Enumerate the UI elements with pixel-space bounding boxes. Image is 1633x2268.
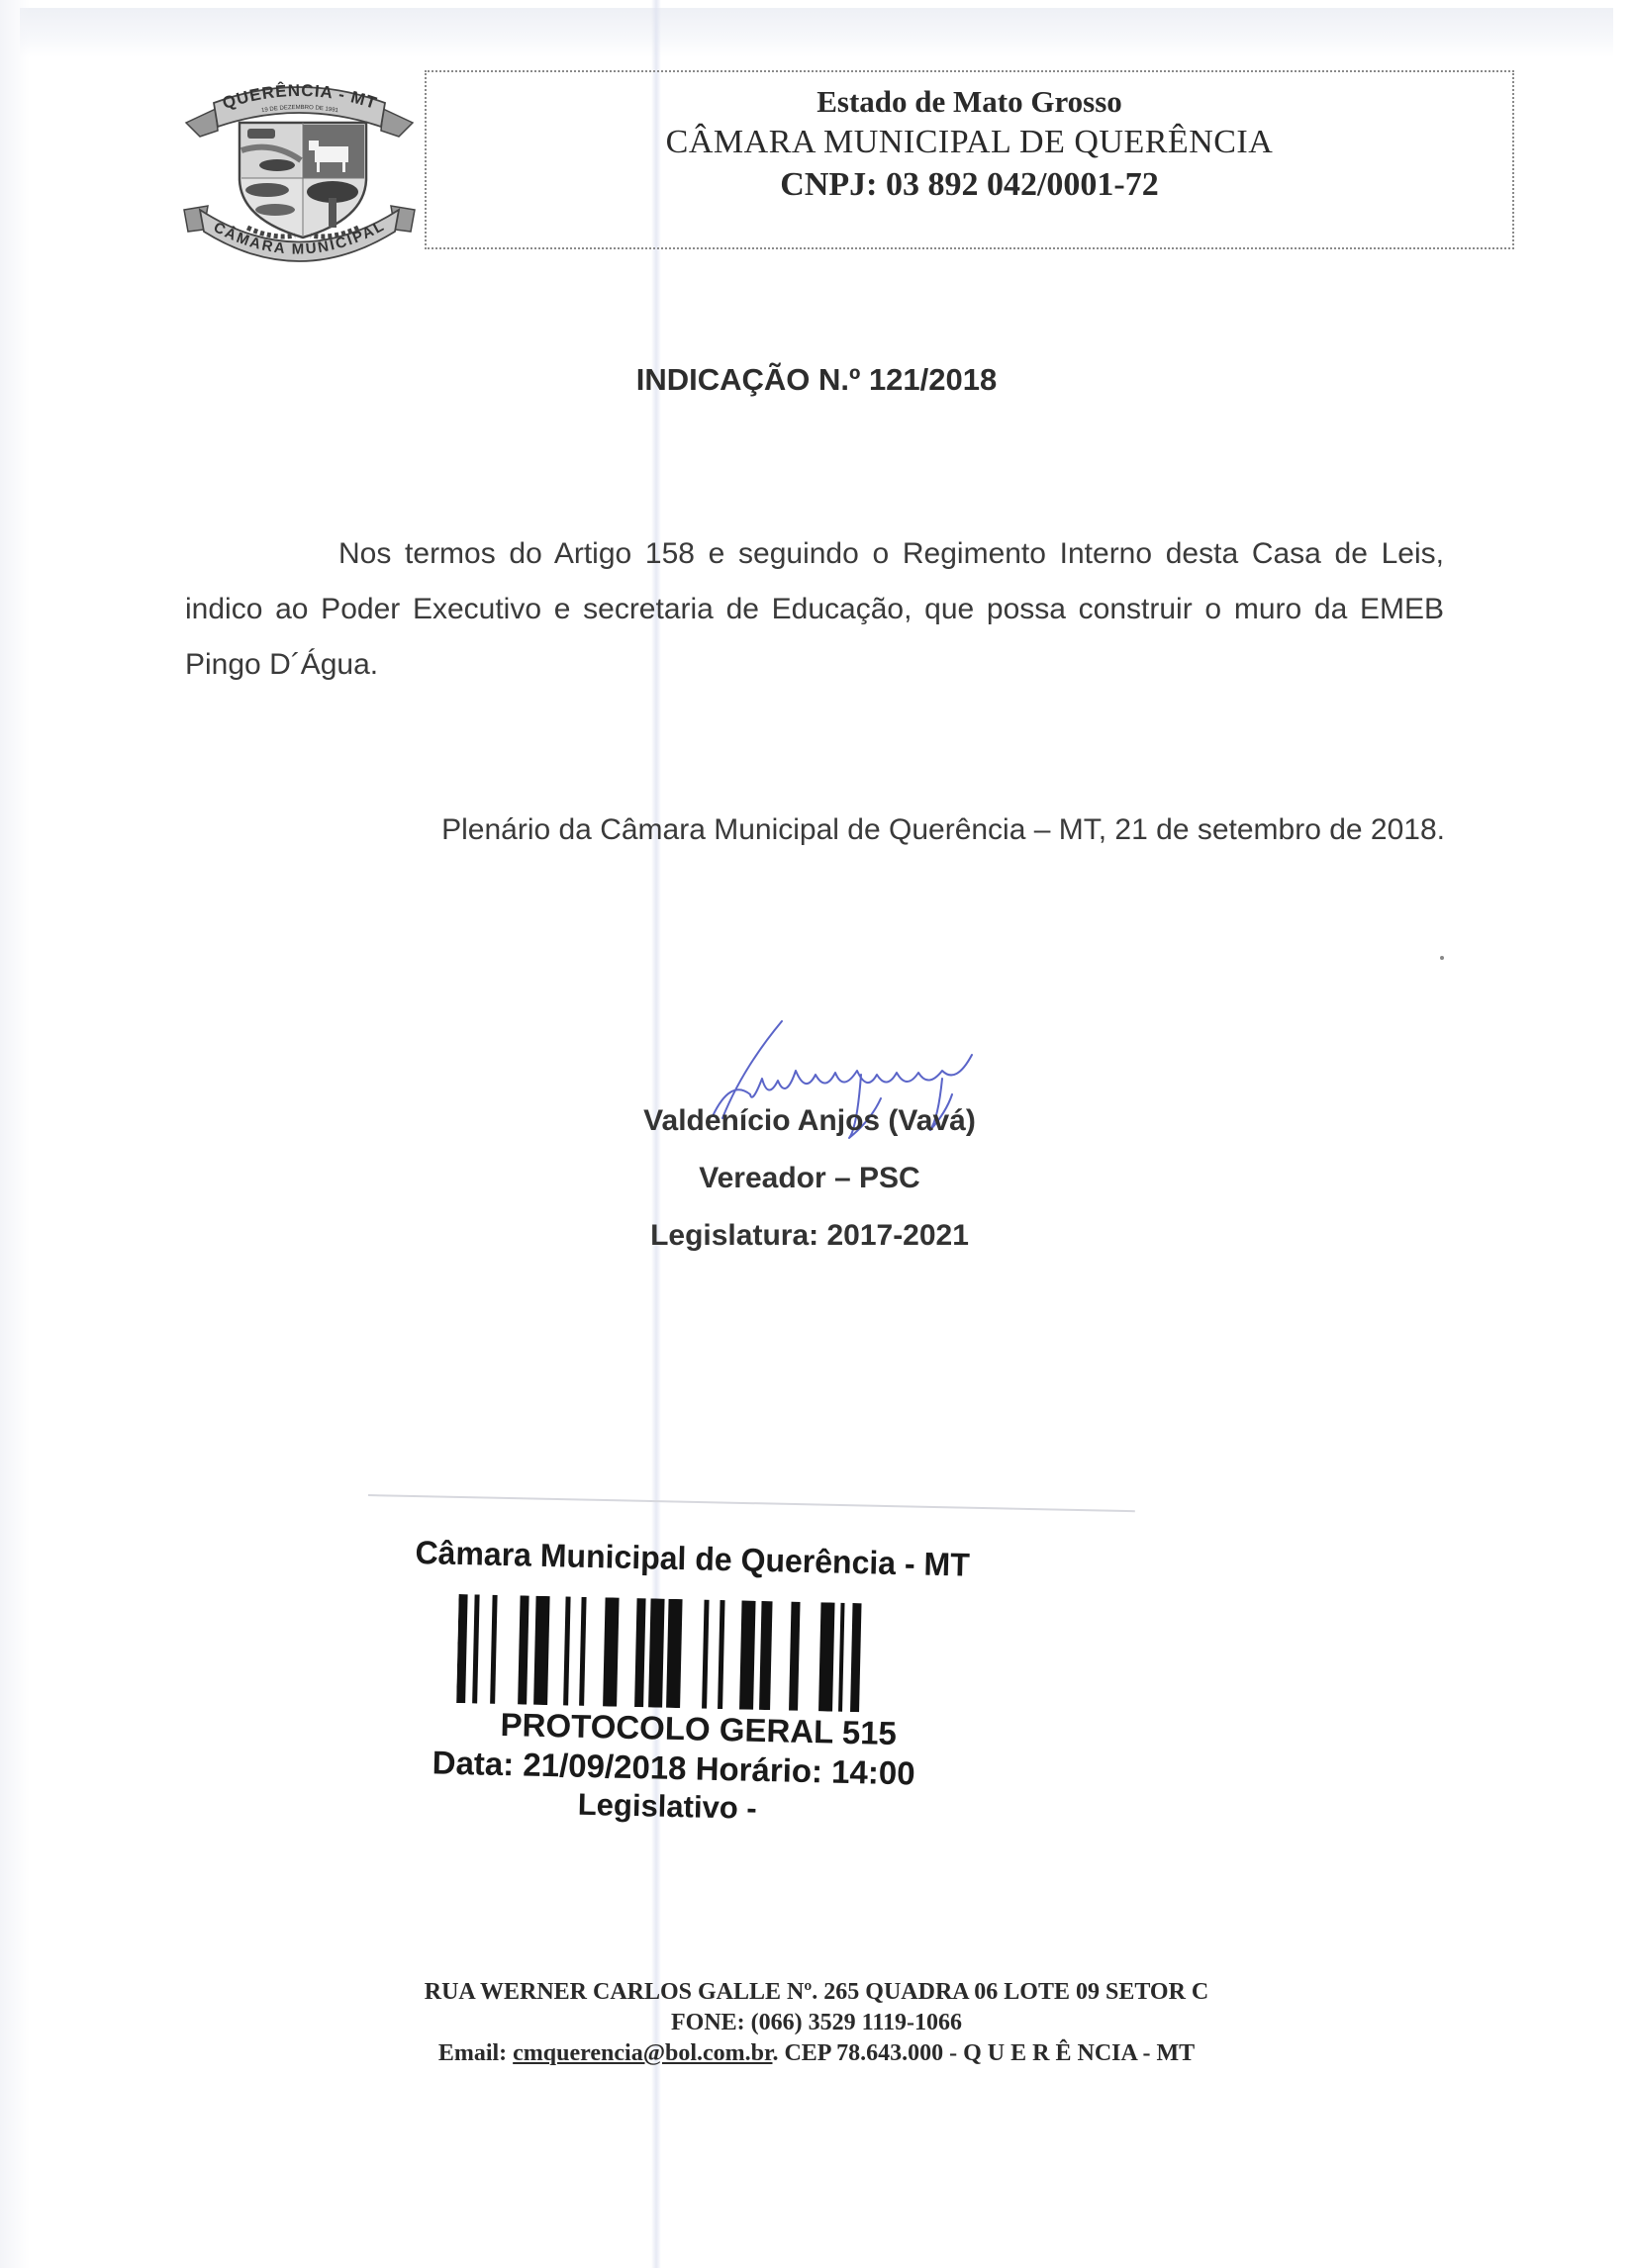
- barcode-icon: [456, 1594, 913, 1713]
- signer-role: Vereador – PSC: [0, 1150, 1626, 1207]
- footer-address: RUA WERNER CARLOS GALLE Nº. 265 QUADRA 0…: [0, 1977, 1633, 2069]
- document-body: Nos termos do Artigo 158 e seguindo o Re…: [185, 526, 1444, 693]
- protocol-department: Legislativo -: [577, 1787, 757, 1827]
- document-title: INDICAÇÃO N.º 121/2018: [0, 362, 1633, 398]
- protocol-number: PROTOCOLO GERAL 515: [500, 1706, 897, 1752]
- email-link[interactable]: cmquerencia@bol.com.br: [513, 2040, 772, 2066]
- signer-name: Valdenício Anjos (Vavá): [0, 1092, 1626, 1150]
- date-line: Plenário da Câmara Municipal de Querênci…: [336, 813, 1445, 847]
- cnpj: CNPJ: 03 892 042/0001-72: [427, 163, 1512, 207]
- institution-name: CÂMARA MUNICIPAL DE QUERÊNCIA: [427, 122, 1512, 163]
- state-name: Estado de Mato Grosso: [427, 82, 1512, 122]
- address-line: RUA WERNER CARLOS GALLE Nº. 265 QUADRA 0…: [0, 1977, 1633, 2008]
- protocol-stamp: Câmara Municipal de Querência - MT PROTO…: [409, 1534, 1049, 1844]
- scan-speck: [1440, 956, 1444, 960]
- cep-city: . CEP 78.643.000 - Q U E R Ê NCIA - MT: [772, 2040, 1195, 2066]
- phone-line: FONE: (066) 3529 1119-1066: [0, 2008, 1633, 2038]
- signer-term: Legislatura: 2017-2021: [0, 1207, 1626, 1265]
- coat-of-arms-icon: QUERÊNCIA - MT 19 DE DEZEMBRO DE 1991 CÂ…: [178, 61, 421, 264]
- letterhead-box: Estado de Mato Grosso CÂMARA MUNICIPAL D…: [425, 70, 1514, 249]
- signature-block: Valdenício Anjos (Vavá) Vereador – PSC L…: [0, 1092, 1633, 1265]
- email-line: Email: cmquerencia@bol.com.br. CEP 78.64…: [0, 2038, 1633, 2069]
- body-paragraph: Nos termos do Artigo 158 e seguindo o Re…: [185, 526, 1444, 693]
- email-label: Email:: [438, 2040, 513, 2066]
- scan-artifact-top: [20, 8, 1613, 57]
- stamp-title: Câmara Municipal de Querência - MT: [415, 1534, 970, 1584]
- stamp-separator: [368, 1494, 1135, 1512]
